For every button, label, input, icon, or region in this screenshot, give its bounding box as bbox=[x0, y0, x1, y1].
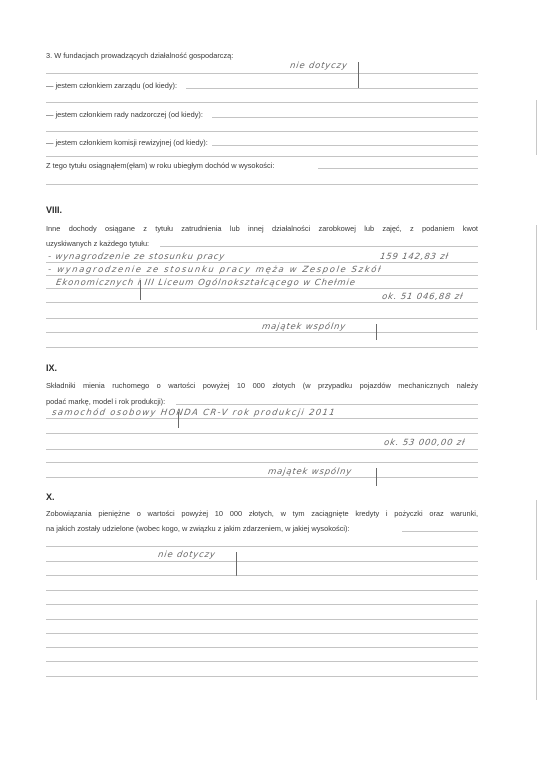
dotted-line bbox=[46, 633, 478, 634]
dotted-line bbox=[160, 246, 478, 247]
handwriting-stroke bbox=[376, 324, 377, 340]
handwriting-stroke bbox=[140, 280, 141, 300]
dotted-line bbox=[46, 661, 478, 662]
dotted-line bbox=[212, 117, 478, 118]
field-audit-committee: — jestem członkiem komisji rewizyjnej (o… bbox=[46, 138, 208, 147]
liabilities-answer: nie dotyczy bbox=[157, 550, 216, 560]
dotted-line bbox=[46, 575, 478, 576]
handwriting-stroke bbox=[178, 412, 179, 428]
handwriting-stroke bbox=[236, 552, 237, 576]
section-heading-x: X. bbox=[46, 492, 55, 502]
section-heading-ix: IX. bbox=[46, 363, 57, 373]
section-x-paragraph-line1: Zobowiązania pieniężne o wartości powyże… bbox=[46, 509, 478, 518]
dotted-line bbox=[176, 404, 478, 405]
dotted-line bbox=[46, 302, 478, 303]
income-entry-1-label: - wynagrodzenie ze stosunku pracy bbox=[47, 252, 225, 262]
dotted-line bbox=[46, 262, 478, 263]
dotted-line bbox=[46, 73, 478, 74]
dotted-line bbox=[46, 546, 478, 547]
dotted-line bbox=[46, 619, 478, 620]
scan-edge-artifact bbox=[536, 225, 537, 330]
handwriting-stroke bbox=[358, 62, 359, 88]
dotted-line bbox=[186, 88, 478, 89]
joint-property-note-viii: majątek wspólny bbox=[261, 322, 346, 332]
dotted-line bbox=[46, 477, 478, 478]
section-ix-paragraph-line2: podać markę, model i rok produkcji): bbox=[46, 397, 165, 406]
dotted-line bbox=[46, 156, 478, 157]
scan-edge-artifact bbox=[536, 100, 537, 155]
income-entry-2-amount: ok. 51 046,88 zł bbox=[381, 292, 464, 302]
dotted-line bbox=[46, 590, 478, 591]
scan-edge-artifact bbox=[536, 600, 537, 700]
field-board-member: — jestem członkiem zarządu (od kiedy): bbox=[46, 81, 177, 90]
scan-edge-artifact bbox=[536, 500, 537, 580]
dotted-line bbox=[46, 449, 478, 450]
dotted-line bbox=[46, 102, 478, 103]
dotted-line bbox=[46, 184, 478, 185]
income-entry-1-amount: 159 142,83 zł bbox=[379, 252, 449, 262]
field-supervisory-board: — jestem członkiem rady nadzorczej (od k… bbox=[46, 110, 203, 119]
dotted-line bbox=[46, 561, 478, 562]
dotted-line bbox=[46, 676, 478, 677]
dotted-line bbox=[318, 168, 478, 169]
vehicle-value: ok. 53 000,00 zł bbox=[383, 438, 466, 448]
dotted-line bbox=[46, 347, 478, 348]
section-heading-viii: VIII. bbox=[46, 205, 62, 215]
section-ix-paragraph-line1: Składniki mienia ruchomego o wartości po… bbox=[46, 381, 478, 390]
vehicle-description: samochód osobowy HONDA CR-V rok produkcj… bbox=[51, 408, 336, 418]
handwriting-stroke bbox=[376, 468, 377, 486]
foundations-title: 3. W fundacjach prowadzących działalność… bbox=[46, 51, 233, 60]
section-viii-paragraph-line1: Inne dochody osiągane z tytułu zatrudnie… bbox=[46, 224, 478, 233]
handwritten-answer: nie dotyczy bbox=[289, 61, 348, 71]
dotted-line bbox=[46, 418, 478, 419]
dotted-line bbox=[46, 288, 478, 289]
income-label: Z tego tytułu osiągnąłem(ęłam) w roku ub… bbox=[46, 161, 274, 170]
dotted-line bbox=[46, 433, 478, 434]
joint-property-note-ix: majątek wspólny bbox=[267, 467, 352, 477]
section-x-paragraph-line2: na jakich zostały udzielone (wobec kogo,… bbox=[46, 524, 350, 533]
dotted-line bbox=[46, 332, 478, 333]
dotted-line bbox=[46, 275, 478, 276]
income-entry-2-line2: Ekonomicznych i III Liceum Ogólnokształc… bbox=[55, 278, 356, 288]
dotted-line bbox=[212, 145, 478, 146]
dotted-line bbox=[46, 604, 478, 605]
dotted-line bbox=[46, 462, 478, 463]
dotted-line bbox=[46, 131, 478, 132]
dotted-line bbox=[46, 318, 478, 319]
income-entry-2-line1: - wynagrodzenie ze stosunku pracy męża w… bbox=[47, 265, 382, 275]
dotted-line bbox=[46, 647, 478, 648]
section-viii-paragraph-line2: uzyskiwanych z każdego tytułu: bbox=[46, 239, 149, 248]
dotted-line bbox=[402, 531, 478, 532]
